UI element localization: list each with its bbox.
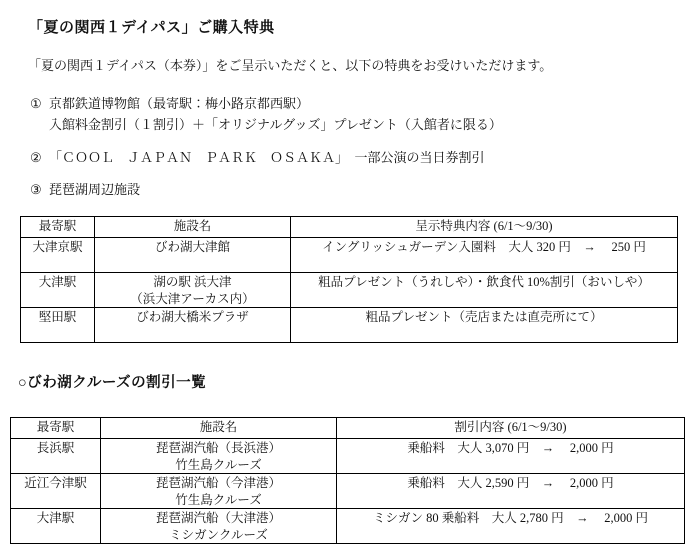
facility-cell: びわ湖大橋米プラザ (95, 308, 291, 343)
list-item-1: ① 京都鉄道博物館（最寄駅：梅小路京都西駅） 入館料金割引（１割引）＋「オリジナ… (30, 93, 502, 135)
table-row: 大津駅 琵琶湖汽船（大津港） ミシガンクルーズ ミシガン 80 乗船料 大人 2… (11, 509, 685, 544)
table-header-row: 最寄駅 施設名 呈示特典内容 (6/1～9/30) (21, 217, 678, 238)
item-number: ② (30, 147, 49, 168)
header-discount: 割引内容 (6/1～9/30) (337, 418, 685, 439)
benefit-cell: 粗品プレゼント（売店または直売所にて） (291, 308, 678, 343)
intro-text: 「夏の関西１デイパス（本券）」をご呈示いただくと、以下の特典をお受けいただけます… (28, 55, 552, 74)
cruise-table: 最寄駅 施設名 割引内容 (6/1～9/30) 長浜駅 琵琶湖汽船（長浜港） 竹… (10, 417, 685, 544)
header-station: 最寄駅 (11, 418, 101, 439)
table-row: 大津京駅 びわ湖大津館 イングリッシュガーデン入園料 大人 320 円 → 25… (21, 238, 678, 273)
discount-cell: 乗船料 大人 3,070 円 → 2,000 円 (337, 439, 685, 474)
cruise-section-heading: ○びわ湖クルーズの割引一覧 (18, 371, 206, 392)
station-cell: 大津駅 (11, 509, 101, 544)
station-cell: 大津京駅 (21, 238, 95, 273)
table-row: 長浜駅 琵琶湖汽船（長浜港） 竹生島クルーズ 乗船料 大人 3,070 円 → … (11, 439, 685, 474)
table-row: 大津駅 湖の駅 浜大津 （浜大津アーカス内） 粗品プレゼント（うれしや）・飲食代… (21, 273, 678, 308)
list-item-2: ② 「ＣＯＯＬ ＪＡＰＡＮ ＰＡＲＫ ＯＳＡＫＡ」 一部公演の当日券割引 (30, 147, 485, 168)
table-header-row: 最寄駅 施設名 割引内容 (6/1～9/30) (11, 418, 685, 439)
item-number: ③ (30, 179, 49, 200)
item-1-line-2: 入館料金割引（１割引）＋「オリジナルグッズ」プレゼント（入館者に限る） (49, 114, 502, 135)
page-title: 「夏の関西１デイパス」ご購入特典 (28, 16, 275, 37)
facility-cell: 琵琶湖汽船（今津港） 竹生島クルーズ (101, 474, 337, 509)
facility-cell: 湖の駅 浜大津 （浜大津アーカス内） (95, 273, 291, 308)
item-3-line-1: 琵琶湖周辺施設 (49, 179, 140, 200)
benefits-table: 最寄駅 施設名 呈示特典内容 (6/1～9/30) 大津京駅 びわ湖大津館 イン… (20, 216, 678, 343)
item-number: ① (30, 93, 49, 114)
list-item-3: ③ 琵琶湖周辺施設 (30, 179, 140, 200)
benefit-cell: 粗品プレゼント（うれしや）・飲食代 10%割引（おいしや） (291, 273, 678, 308)
item-2-line-1: 「ＣＯＯＬ ＪＡＰＡＮ ＰＡＲＫ ＯＳＡＫＡ」 一部公演の当日券割引 (49, 147, 485, 168)
item-1-line-1: 京都鉄道博物館（最寄駅：梅小路京都西駅） (49, 93, 502, 114)
header-station: 最寄駅 (21, 217, 95, 238)
benefit-cell: イングリッシュガーデン入園料 大人 320 円 → 250 円 (291, 238, 678, 273)
facility-cell: 琵琶湖汽船（大津港） ミシガンクルーズ (101, 509, 337, 544)
discount-cell: ミシガン 80 乗船料 大人 2,780 円 → 2,000 円 (337, 509, 685, 544)
station-cell: 堅田駅 (21, 308, 95, 343)
station-cell: 長浜駅 (11, 439, 101, 474)
station-cell: 近江今津駅 (11, 474, 101, 509)
header-facility: 施設名 (101, 418, 337, 439)
document-page: 「夏の関西１デイパス」ご購入特典 「夏の関西１デイパス（本券）」をご呈示いただく… (0, 0, 696, 559)
facility-cell: びわ湖大津館 (95, 238, 291, 273)
header-facility: 施設名 (95, 217, 291, 238)
header-benefit: 呈示特典内容 (6/1～9/30) (291, 217, 678, 238)
facility-cell: 琵琶湖汽船（長浜港） 竹生島クルーズ (101, 439, 337, 474)
discount-cell: 乗船料 大人 2,590 円 → 2,000 円 (337, 474, 685, 509)
station-cell: 大津駅 (21, 273, 95, 308)
table-row: 近江今津駅 琵琶湖汽船（今津港） 竹生島クルーズ 乗船料 大人 2,590 円 … (11, 474, 685, 509)
table-row: 堅田駅 びわ湖大橋米プラザ 粗品プレゼント（売店または直売所にて） (21, 308, 678, 343)
